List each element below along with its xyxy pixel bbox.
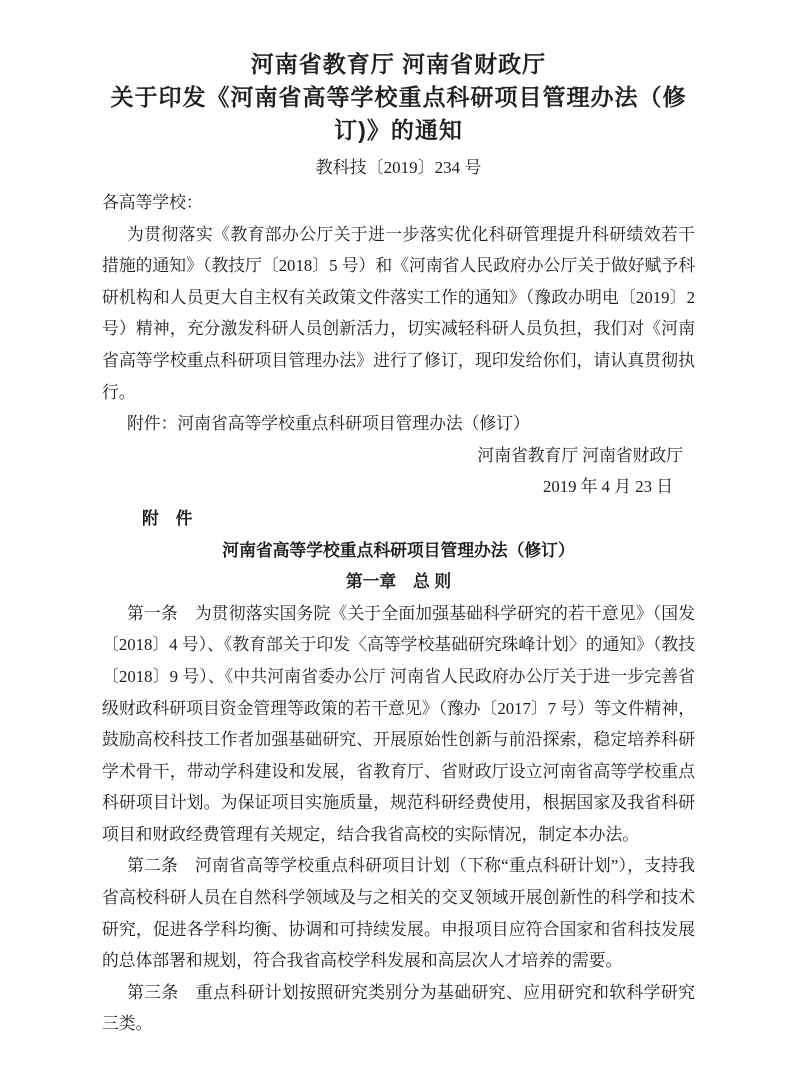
date-line: 2019 年 4 月 23 日	[102, 471, 695, 503]
chapter-heading: 第一章 总 则	[102, 566, 695, 598]
body-paragraph: 为贯彻落实《教育部办公厅关于进一步落实优化科研管理提升科研绩效若干措施的通知》（…	[102, 219, 695, 409]
article-2: 第二条 河南省高等学校重点科研项目计划（下称“重点科研计划”），支持我省高校科研…	[102, 850, 695, 976]
page-title: 河南省教育厅 河南省财政厅 关于印发《河南省高等学校重点科研项目管理办法（修订)…	[102, 48, 695, 147]
title-line-2: 关于印发《河南省高等学校重点科研项目管理办法（修订)》的通知	[102, 81, 695, 147]
attachment-ref: 附件：河南省高等学校重点科研项目管理办法（修订）	[102, 408, 695, 440]
doc-number: 教科技〔2019〕234 号	[102, 156, 695, 180]
salutation: 各高等学校：	[102, 187, 695, 219]
title-line-1: 河南省教育厅 河南省财政厅	[102, 48, 695, 81]
document-body: 各高等学校： 为贯彻落实《教育部办公厅关于进一步落实优化科研管理提升科研绩效若干…	[102, 187, 695, 1040]
article-1: 第一条 为贯彻落实国务院《关于全面加强基础科学研究的若干意见》（国发〔2018〕…	[102, 598, 695, 851]
article-3: 第三条 重点科研计划按照研究类别分为基础研究、应用研究和软科学研究三类。	[102, 977, 695, 1040]
attachment-label: 附 件	[102, 503, 695, 535]
issuer-line: 河南省教育厅 河南省财政厅	[102, 440, 695, 472]
attachment-title: 河南省高等学校重点科研项目管理办法（修订）	[102, 535, 695, 567]
document-page: 河南省教育厅 河南省财政厅 关于印发《河南省高等学校重点科研项目管理办法（修订)…	[0, 0, 794, 1080]
